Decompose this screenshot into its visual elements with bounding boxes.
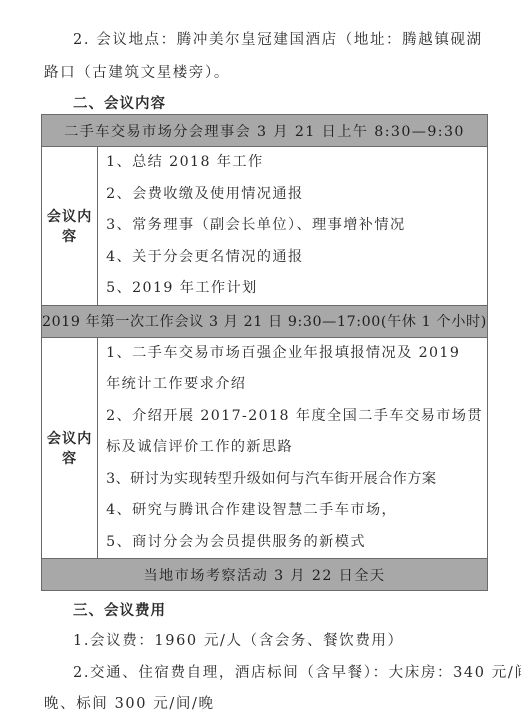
session1-items: 1、总结 2018 年工作 2、会费收缴及使用情况通报 3、常务理事（副会长单位… [98, 147, 488, 306]
fee-line-2b: 晚、标间 300 元/间/晚 [44, 692, 215, 713]
agenda-item: 4、研究与腾讯合作建设智慧二手车市场， [106, 495, 483, 527]
fee-line-1: 1.会议费：1960 元/人（含会务、餐饮费用） [73, 629, 404, 650]
session3-header: 当地市场考察活动 3 月 22 日全天 [42, 559, 488, 591]
agenda-item: 2、介绍开展 2017-2018 年度全国二手车交易市场贯 [106, 401, 483, 433]
agenda-item-continued: 标及诚信评价工作的新思路 [106, 432, 483, 464]
session2-label: 会议内容 [42, 337, 98, 559]
session1-label: 会议内容 [42, 147, 98, 306]
agenda-item: 5、2019 年工作计划 [106, 273, 483, 305]
section-title-meeting-content: 二、会议内容 [73, 92, 166, 113]
agenda-item-continued: 年统计工作要求介绍 [106, 369, 483, 401]
venue-line-1: 2. 会议地点：腾冲美尔皇冠建国酒店（地址：腾越镇砚湖 [73, 28, 483, 49]
venue-line-2: 路口（古建筑文星楼旁）。 [44, 61, 230, 82]
section-title-meeting-fees: 三、会议费用 [73, 599, 166, 620]
agenda-item: 3、常务理事（副会长单位）、理事增补情况 [106, 210, 483, 242]
agenda-item: 2、会费收缴及使用情况通报 [106, 179, 483, 211]
agenda-item: 1、二手车交易市场百强企业年报填报情况及 2019 [106, 338, 483, 370]
session2-header: 2019 年第一次工作会议 3 月 21 日 9:30—17:00(午休 1 个… [42, 305, 488, 337]
fee-line-2a: 2.交通、住宿费自理，酒店标间（含早餐）：大床房：340 元/间/ [73, 661, 521, 682]
agenda-item: 3、研讨为实现转型升级如何与汽车街开展合作方案 [106, 464, 483, 496]
agenda-item: 5、商讨分会为会员提供服务的新模式 [106, 527, 483, 559]
agenda-table: 二手车交易市场分会理事会 3 月 21 日上午 8:30—9:30 会议内容 1… [41, 114, 488, 591]
session1-header: 二手车交易市场分会理事会 3 月 21 日上午 8:30—9:30 [42, 115, 488, 147]
agenda-item: 1、总结 2018 年工作 [106, 147, 483, 179]
session2-items: 1、二手车交易市场百强企业年报填报情况及 2019 年统计工作要求介绍 2、介绍… [98, 337, 488, 559]
agenda-item: 4、关于分会更名情况的通报 [106, 242, 483, 274]
